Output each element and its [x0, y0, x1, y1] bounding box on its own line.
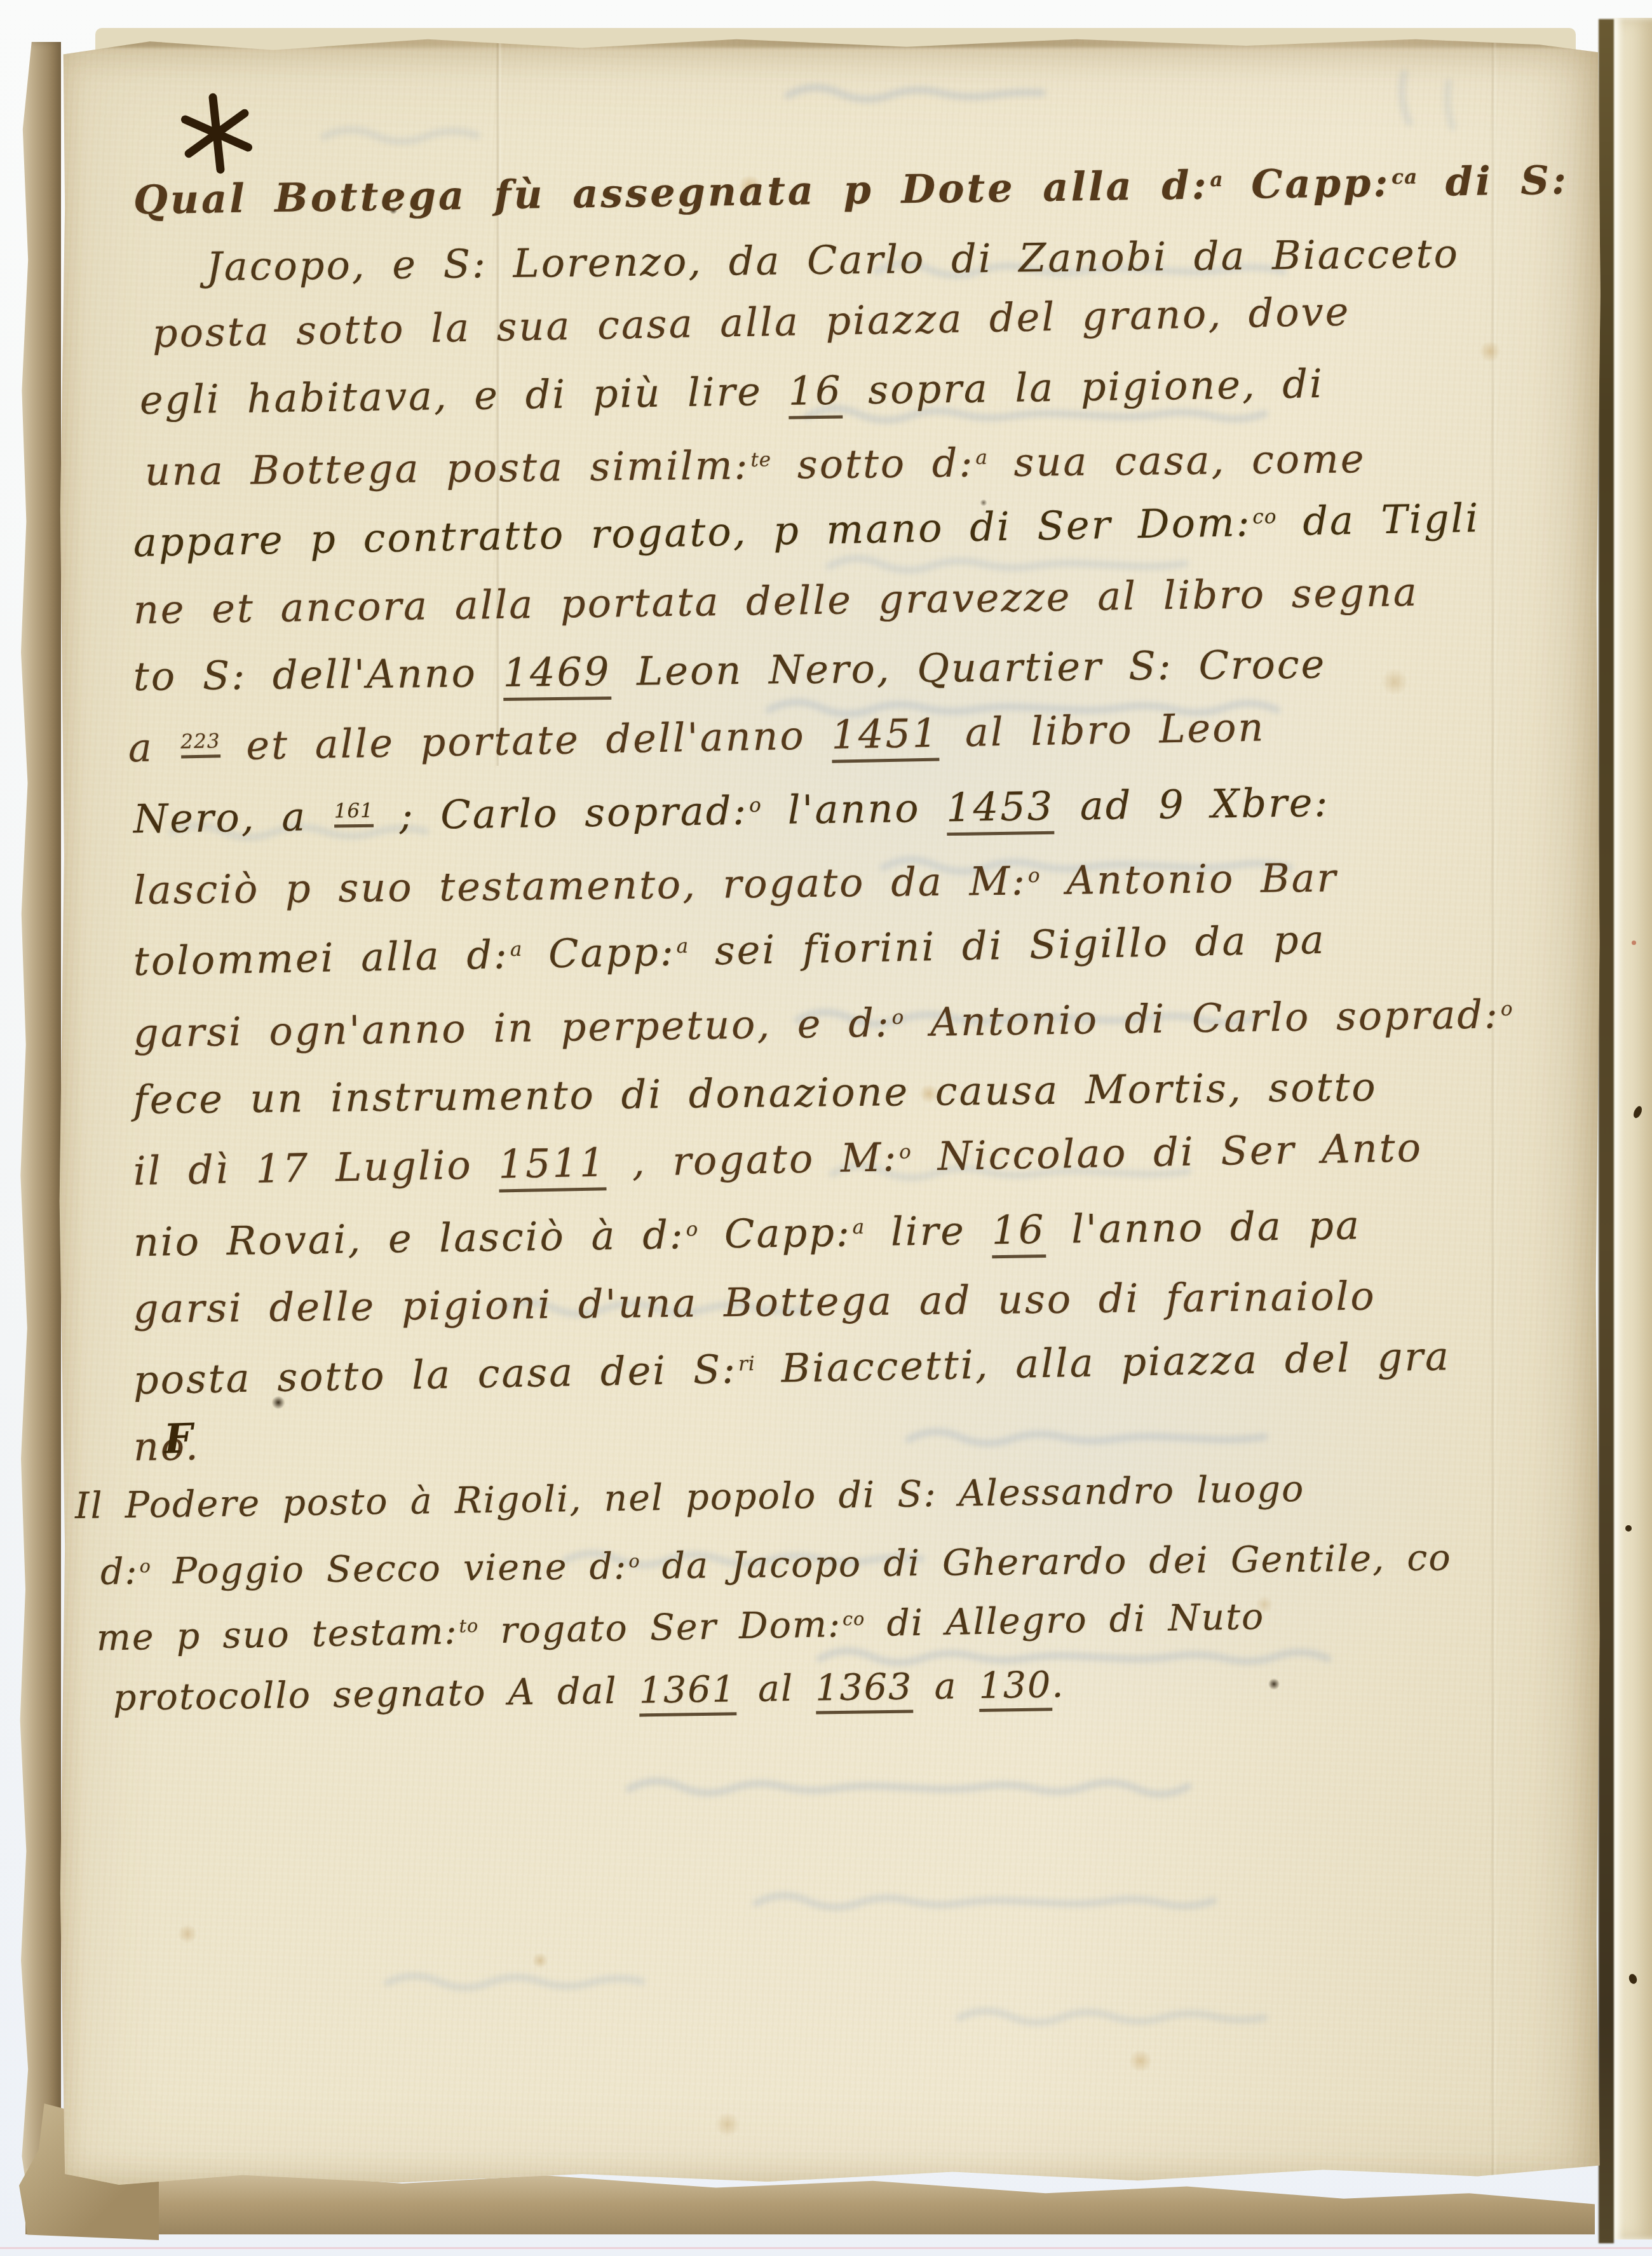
- manuscript-page: Qual Bottega fù assegnata p Dote alla d:…: [57, 35, 1601, 2196]
- binding-gutter-shadow: [1599, 19, 1614, 2243]
- paragraph-2: Il Podere posto à Rigoli, nel popolo di …: [75, 1476, 1452, 1729]
- red-fiber-speck: [1632, 941, 1636, 945]
- scanner-artifact-line: [0, 2247, 1652, 2249]
- ink-speck: [1625, 1525, 1632, 1532]
- manuscript-line: Qual Bottega fù assegnata p Dote alla d:…: [133, 142, 1569, 233]
- scanned-manuscript: Qual Bottega fù assegnata p Dote alla d:…: [0, 0, 1652, 2256]
- next-page-edge: [1613, 18, 1652, 2239]
- paragraph-1: Qual Bottega fù assegnata p Dote alla d:…: [133, 162, 1569, 1480]
- ink-speck: [1628, 1973, 1639, 1985]
- ink-speck: [1632, 1105, 1643, 1120]
- page-stack-edge-left: [17, 42, 61, 2222]
- margin-letter-f: F: [163, 1418, 194, 1460]
